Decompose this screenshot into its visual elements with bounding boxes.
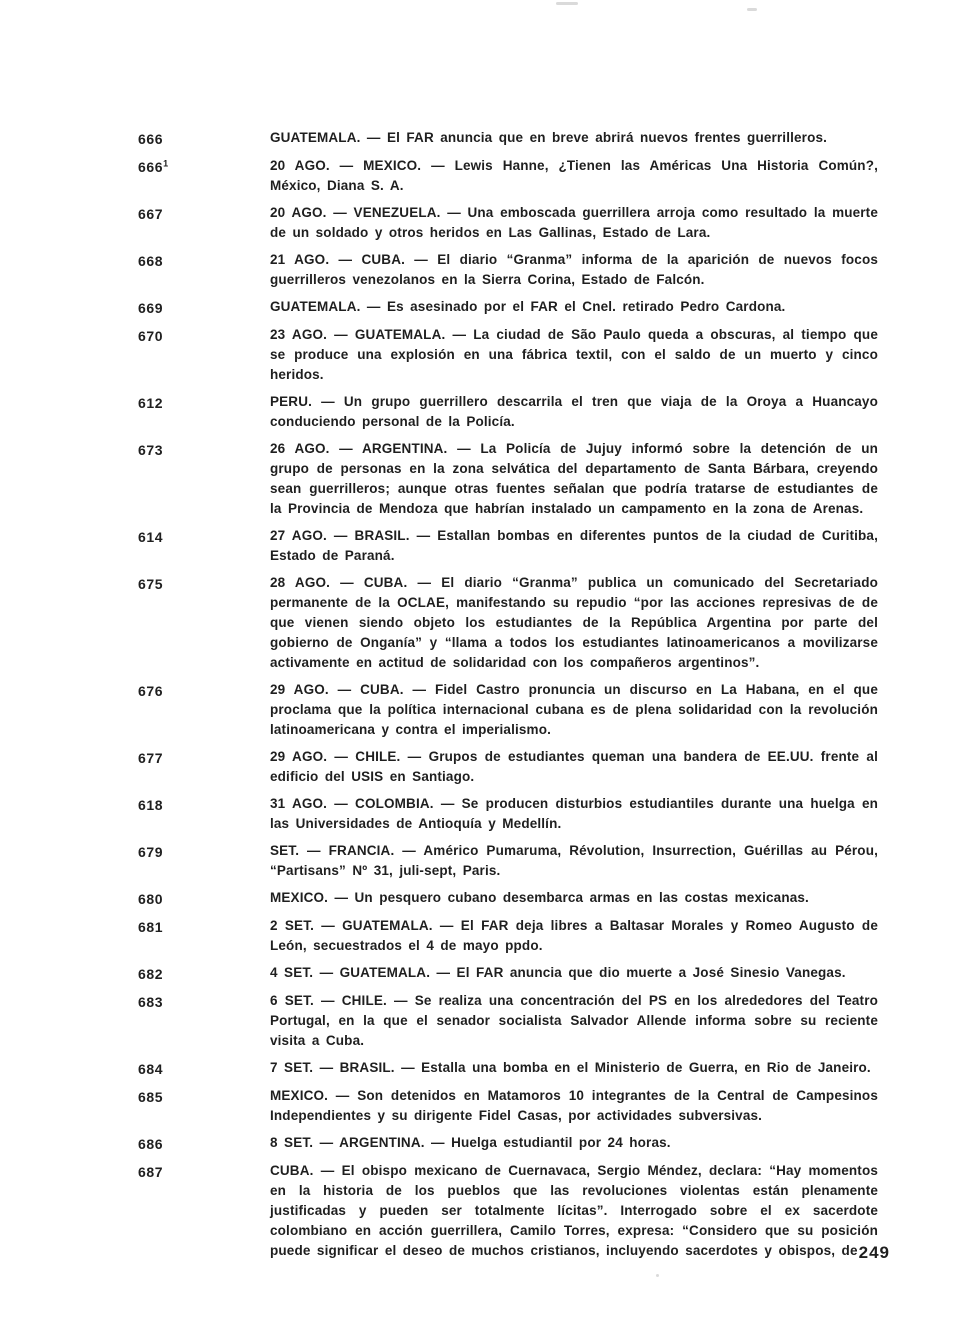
- chronology-entry: 681 2 SET. — GUATEMALA. — El FAR deja li…: [138, 916, 878, 956]
- entry-number: 667: [138, 203, 270, 224]
- chronology-entry: 614 27 AGO. — BRASIL. — Estallan bombas …: [138, 526, 878, 566]
- chronology-entry: 676 29 AGO. — CUBA. — Fidel Castro pronu…: [138, 680, 878, 740]
- chronology-entry: 6661 20 AGO. — MEXICO. — Lewis Hanne, ¿T…: [138, 156, 878, 196]
- entry-number: 673: [138, 439, 270, 460]
- entry-text: 20 AGO. — VENEZUELA. — Una emboscada gue…: [270, 203, 878, 243]
- entry-text: 31 AGO. — COLOMBIA. — Se producen distur…: [270, 794, 878, 834]
- scan-artifact: [556, 2, 578, 5]
- entry-text: CUBA. — El obispo mexicano de Cuernavaca…: [270, 1161, 878, 1261]
- chronology-entry: 686 8 SET. — ARGENTINA. — Huelga estudia…: [138, 1133, 878, 1154]
- entry-text: MEXICO. — Son detenidos en Matamoros 10 …: [270, 1086, 878, 1126]
- entry-number: 669: [138, 297, 270, 318]
- entry-number: 670: [138, 325, 270, 346]
- entry-number: 612: [138, 392, 270, 413]
- entry-text: 23 AGO. — GUATEMALA. — La ciudad de São …: [270, 325, 878, 385]
- entry-number: 618: [138, 794, 270, 815]
- chronology-entry: 670 23 AGO. — GUATEMALA. — La ciudad de …: [138, 325, 878, 385]
- scan-artifact: [656, 1274, 659, 1277]
- entry-text: 6 SET. — CHILE. — Se realiza una concent…: [270, 991, 878, 1051]
- entry-text: 29 AGO. — CUBA. — Fidel Castro pronuncia…: [270, 680, 878, 740]
- entry-number: 684: [138, 1058, 270, 1079]
- entry-text: 2 SET. — GUATEMALA. — El FAR deja libres…: [270, 916, 878, 956]
- chronology-entry: 687 CUBA. — El obispo mexicano de Cuerna…: [138, 1161, 878, 1261]
- chronology-entry: 618 31 AGO. — COLOMBIA. — Se producen di…: [138, 794, 878, 834]
- entry-number: 614: [138, 526, 270, 547]
- chronology-entry: 612 PERU. — Un grupo guerrillero descarr…: [138, 392, 878, 432]
- entry-text: 8 SET. — ARGENTINA. — Huelga estudiantil…: [270, 1133, 878, 1153]
- entry-number: 681: [138, 916, 270, 937]
- entry-number: 6661: [138, 156, 270, 177]
- entry-number-superscript: 1: [163, 158, 169, 168]
- page-number: 249: [859, 1243, 890, 1263]
- entry-text: 21 AGO. — CUBA. — El diario “Granma” inf…: [270, 250, 878, 290]
- chronology-entry: 684 7 SET. — BRASIL. — Estalla una bomba…: [138, 1058, 878, 1079]
- chronology-list: 666 GUATEMALA. — El FAR anuncia que en b…: [138, 128, 878, 1268]
- entry-number: 668: [138, 250, 270, 271]
- chronology-entry: 679 SET. — FRANCIA. — Américo Pumaruma, …: [138, 841, 878, 881]
- entry-text: GUATEMALA. — Es asesinado por el FAR el …: [270, 297, 878, 317]
- chronology-entry: 680 MEXICO. — Un pesquero cubano desemba…: [138, 888, 878, 909]
- entry-number: 685: [138, 1086, 270, 1107]
- scan-artifact: [747, 8, 757, 11]
- chronology-entry: 669 GUATEMALA. — Es asesinado por el FAR…: [138, 297, 878, 318]
- entry-text: 28 AGO. — CUBA. — El diario “Granma” pub…: [270, 573, 878, 673]
- entry-text: SET. — FRANCIA. — Américo Pumaruma, Révo…: [270, 841, 878, 881]
- entry-number: 687: [138, 1161, 270, 1182]
- chronology-entry: 675 28 AGO. — CUBA. — El diario “Granma”…: [138, 573, 878, 673]
- entry-text: PERU. — Un grupo guerrillero descarrila …: [270, 392, 878, 432]
- chronology-entry: 682 4 SET. — GUATEMALA. — El FAR anuncia…: [138, 963, 878, 984]
- chronology-entry: 685 MEXICO. — Son detenidos en Matamoros…: [138, 1086, 878, 1126]
- chronology-entry: 667 20 AGO. — VENEZUELA. — Una emboscada…: [138, 203, 878, 243]
- entry-text: 4 SET. — GUATEMALA. — El FAR anuncia que…: [270, 963, 878, 983]
- entry-text: MEXICO. — Un pesquero cubano desembarca …: [270, 888, 878, 908]
- entry-number: 676: [138, 680, 270, 701]
- entry-text: 27 AGO. — BRASIL. — Estallan bombas en d…: [270, 526, 878, 566]
- entry-number: 683: [138, 991, 270, 1012]
- entry-number: 680: [138, 888, 270, 909]
- entry-text: GUATEMALA. — El FAR anuncia que en breve…: [270, 128, 878, 148]
- chronology-entry: 666 GUATEMALA. — El FAR anuncia que en b…: [138, 128, 878, 149]
- entry-number: 666: [138, 128, 270, 149]
- entry-text: 26 AGO. — ARGENTINA. — La Policía de Juj…: [270, 439, 878, 519]
- entry-number: 677: [138, 747, 270, 768]
- chronology-entry: 683 6 SET. — CHILE. — Se realiza una con…: [138, 991, 878, 1051]
- document-page: 666 GUATEMALA. — El FAR anuncia que en b…: [0, 0, 980, 1340]
- chronology-entry: 668 21 AGO. — CUBA. — El diario “Granma”…: [138, 250, 878, 290]
- entry-number: 675: [138, 573, 270, 594]
- entry-text: 7 SET. — BRASIL. — Estalla una bomba en …: [270, 1058, 878, 1078]
- chronology-entry: 673 26 AGO. — ARGENTINA. — La Policía de…: [138, 439, 878, 519]
- entry-number: 682: [138, 963, 270, 984]
- entry-number: 686: [138, 1133, 270, 1154]
- entry-text: 29 AGO. — CHILE. — Grupos de estudiantes…: [270, 747, 878, 787]
- chronology-entry: 677 29 AGO. — CHILE. — Grupos de estudia…: [138, 747, 878, 787]
- entry-number: 679: [138, 841, 270, 862]
- entry-text: 20 AGO. — MEXICO. — Lewis Hanne, ¿Tienen…: [270, 156, 878, 196]
